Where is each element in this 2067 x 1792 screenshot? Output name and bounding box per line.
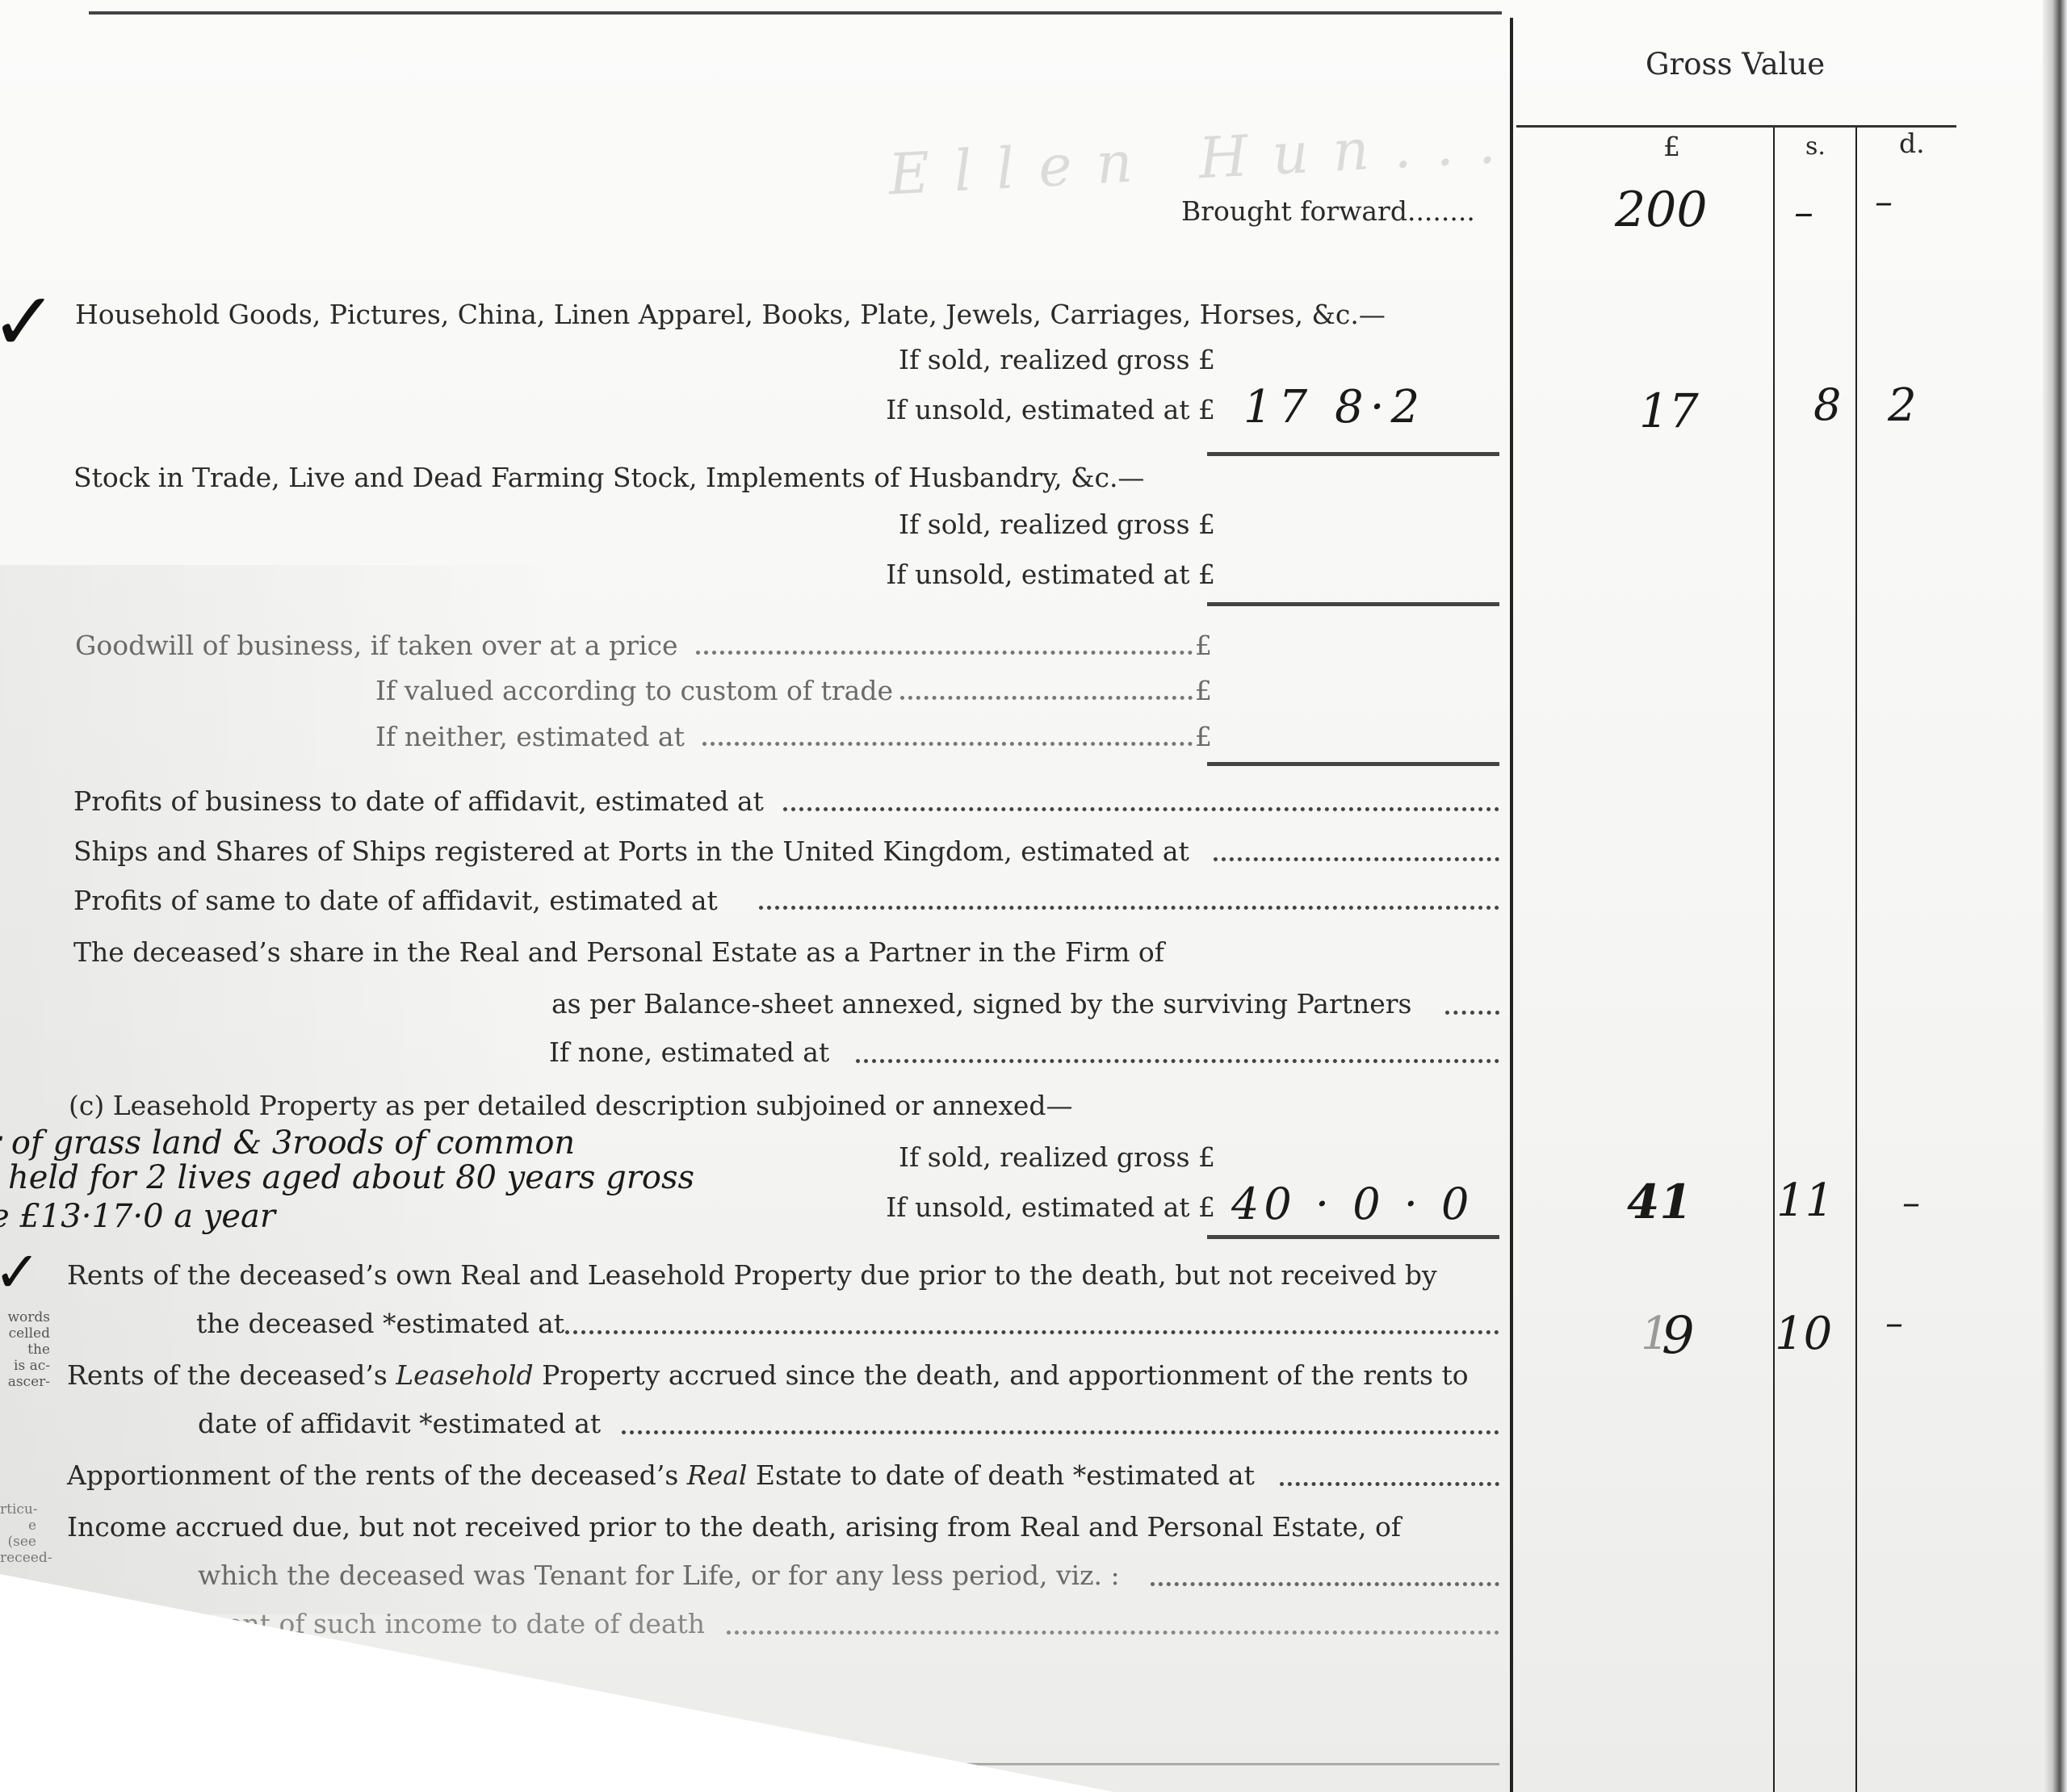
top-rule [89, 11, 1502, 15]
stock-sold-label: If sold, realized gross £ [807, 509, 1215, 541]
column-header-pence: d. [1899, 128, 1925, 160]
partner-none-leader [856, 1059, 1499, 1063]
margin-note-1-line: words [0, 1309, 50, 1325]
apportionment-real-leader [1280, 1482, 1499, 1486]
margin-note-1-line: ascer- [0, 1374, 50, 1390]
apportionment-real-emphasis: Real [687, 1459, 748, 1491]
column-header-shillings: s. [1805, 131, 1826, 163]
rents-own-pounds[interactable]: 9 [1662, 1306, 1695, 1366]
margin-note-2: rticu- e (see receed- [0, 1501, 36, 1566]
apportionment-real-text: Estate to date of death *estimated at [747, 1459, 1254, 1491]
margin-note-2-line: receed- [0, 1550, 36, 1566]
profits-same-leader [759, 906, 1499, 910]
checkmark-icon: ✓ [0, 1239, 41, 1305]
leasehold-note-line-3: e £13·17·0 a year [0, 1198, 275, 1235]
margin-note-2-line: e (see [0, 1518, 36, 1550]
margin-note-2-line: rticu- [0, 1501, 36, 1518]
leasehold-note-line-1: r of grass land & 3roods of common [0, 1124, 575, 1162]
gross-value-heading: Gross Value [1646, 48, 1825, 81]
ships-leader [1214, 857, 1499, 861]
goodwill-custom-leader [900, 696, 1193, 700]
rents-leasehold-estimate-label: date of affidavit *estimated at [198, 1408, 601, 1440]
household-pounds[interactable]: 17 [1639, 383, 1699, 438]
rents-leasehold-label: Rents of the deceased’s Leasehold Proper… [67, 1359, 1469, 1392]
pounds-shillings-rule [1773, 128, 1775, 1792]
income-accrued-label: Income accrued due, but not received pri… [67, 1511, 1401, 1543]
brought-forward-label: Brought forward........ [1181, 195, 1475, 228]
stock-underline [1207, 602, 1499, 606]
leasehold-underline [1207, 1235, 1499, 1239]
household-goods-heading: Household Goods, Pictures, China, Linen … [75, 299, 1386, 331]
brought-forward-shillings[interactable]: – [1794, 190, 1813, 235]
rents-leasehold-emphasis: Leasehold [396, 1359, 533, 1391]
goodwill-neither-leader [702, 742, 1193, 746]
household-unsold-label: If unsold, estimated at £ [807, 394, 1215, 426]
checkmark-icon: ✓ [0, 274, 58, 369]
leasehold-pence[interactable]: – [1902, 1183, 1920, 1224]
leasehold-unsold-label: If unsold, estimated at £ [807, 1191, 1215, 1224]
margin-note-1-line: the [0, 1342, 50, 1358]
margin-note-1-line: is ac- [0, 1358, 50, 1374]
column-header-pounds: £ [1663, 131, 1680, 163]
goodwill-price-label: Goodwill of business, if taken over at a… [75, 630, 678, 662]
leasehold-unsold-value[interactable]: 40 · 0 · 0 [1231, 1179, 1474, 1229]
gross-value-header-rule [1516, 125, 1956, 128]
profits-business-label: Profits of business to date of affidavit… [73, 785, 764, 818]
leasehold-heading: (c) Leasehold Property as per detailed d… [69, 1090, 1073, 1122]
goodwill-underline [1207, 762, 1499, 766]
household-pence[interactable]: 2 [1888, 379, 1917, 432]
goodwill-price-currency: £ [1195, 630, 1212, 662]
leasehold-sold-label: If sold, realized gross £ [807, 1141, 1215, 1174]
stock-unsold-label: If unsold, estimated at £ [807, 559, 1215, 591]
rents-own-leader [565, 1330, 1499, 1334]
goodwill-neither-currency: £ [1195, 721, 1212, 753]
rents-leasehold-text: Property accrued since the death, and ap… [534, 1359, 1469, 1391]
partner-share-label: The deceased’s share in the Real and Per… [73, 936, 1164, 969]
stock-heading: Stock in Trade, Live and Dead Farming St… [73, 462, 1144, 494]
margin-note-1: words celled the is ac- ascer- [0, 1309, 50, 1390]
rents-own-shillings[interactable]: 10 [1775, 1308, 1832, 1360]
apportionment-real-text: Apportionment of the rents of the deceas… [67, 1459, 687, 1491]
shillings-pence-rule [1855, 128, 1857, 1792]
household-unsold-value[interactable]: 17 8·2 [1243, 381, 1426, 433]
gross-value-left-rule [1510, 18, 1513, 1792]
partner-none-label: If none, estimated at [549, 1036, 829, 1069]
page-corner [0, 1574, 1114, 1792]
rents-own-label: Rents of the deceased’s own Real and Lea… [67, 1259, 1437, 1292]
apportionment-real-label: Apportionment of the rents of the deceas… [67, 1459, 1255, 1492]
leasehold-pounds[interactable]: 41 [1627, 1174, 1692, 1229]
goodwill-price-leader [696, 651, 1193, 655]
brought-forward-pence[interactable]: – [1875, 182, 1893, 223]
profits-same-label: Profits of same to date of affidavit, es… [73, 885, 718, 917]
rents-own-estimate-label: the deceased *estimated at [196, 1308, 564, 1340]
rents-own-pence[interactable]: – [1885, 1303, 1903, 1344]
brought-forward-pounds[interactable]: 200 [1615, 182, 1708, 238]
household-shillings[interactable]: 8 [1813, 379, 1841, 430]
profits-business-leader [783, 807, 1499, 811]
income-tenant-leader [1151, 1582, 1499, 1586]
household-sold-label: If sold, realized gross £ [807, 344, 1215, 376]
goodwill-custom-currency: £ [1195, 675, 1212, 707]
rents-leasehold-leader [622, 1430, 1499, 1434]
goodwill-neither-label: If neither, estimated at [375, 721, 685, 753]
rents-leasehold-text: Rents of the deceased’s [67, 1359, 396, 1391]
leasehold-shillings[interactable]: 11 [1776, 1174, 1834, 1227]
partner-balance-leader [1445, 1011, 1499, 1015]
partner-balance-label: as per Balance-sheet annexed, signed by … [551, 988, 1412, 1020]
leasehold-note-line-2: held for 2 lives aged about 80 years gro… [8, 1159, 694, 1196]
page-fold [2043, 0, 2067, 1792]
household-underline [1207, 452, 1499, 456]
ships-label: Ships and Shares of Ships registered at … [73, 835, 1189, 868]
margin-note-1-line: celled [0, 1325, 50, 1342]
goodwill-custom-label: If valued according to custom of trade [375, 675, 893, 707]
